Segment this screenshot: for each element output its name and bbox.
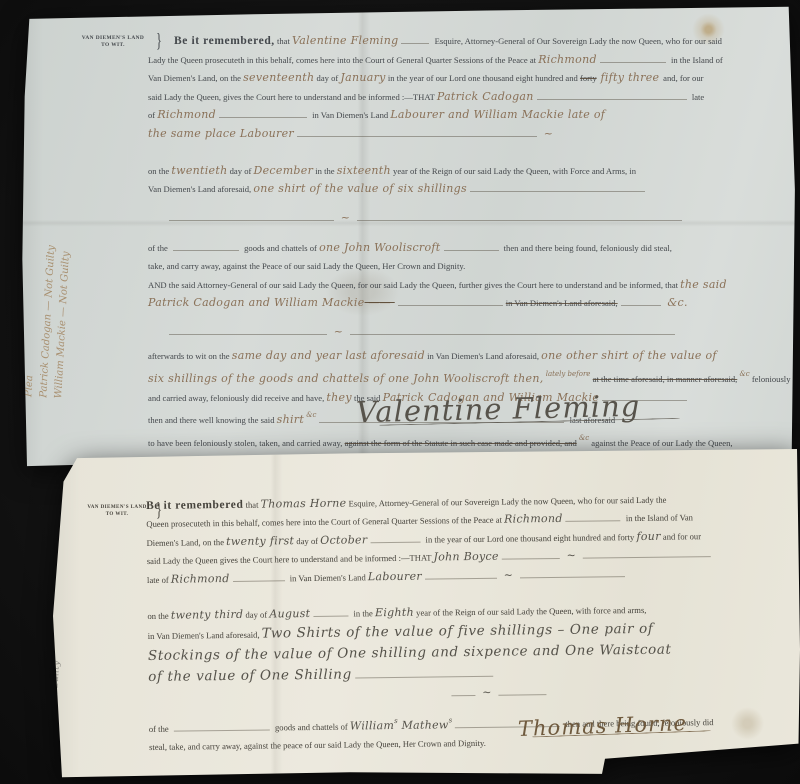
text-line: on the twentieth day of December in the … xyxy=(148,162,800,181)
document-top: Plea Patrick Cadogan — Not Guilty Willia… xyxy=(20,4,798,468)
text-line: of the goods and chattels of one John Wo… xyxy=(148,239,800,258)
text-line: ~ xyxy=(148,323,800,342)
jurisdiction-line: VAN DIEMEN'S LAND xyxy=(80,504,154,511)
doc1-plea-note: Plea Patrick Cadogan — Not Guilty Willia… xyxy=(21,61,84,399)
plea-note-line: Plea not Guilty xyxy=(47,552,67,732)
doc1-jurisdiction-label: VAN DIEMEN'S LAND TO WIT. xyxy=(72,35,154,49)
document-bottom-wrapper: Plea not Guilty VAN DIEMEN'S LAND TO WIT… xyxy=(50,448,800,784)
text-line: six shillings of the goods and chattels … xyxy=(148,366,800,389)
jurisdiction-line: TO WIT. xyxy=(80,511,154,518)
jurisdiction-line: VAN DIEMEN'S LAND xyxy=(72,35,154,42)
text-line: Van Diemen's Land, on the seventeenth da… xyxy=(148,69,800,88)
text-line: Patrick Cadogan and William Mackie —— in… xyxy=(148,294,800,313)
document-top-wrapper: Plea Patrick Cadogan — Not Guilty Willia… xyxy=(20,4,798,468)
text-line: AND the said Attorney-General of our sai… xyxy=(148,276,800,295)
doc2-plea-note: Plea not Guilty xyxy=(47,552,67,732)
doc1-signature: Valentine Fleming xyxy=(356,389,641,429)
text-line: ~ xyxy=(148,209,800,228)
jurisdiction-line: TO WIT. xyxy=(72,42,154,49)
text-line: afterwards to wit on the same day and ye… xyxy=(148,347,800,366)
text-line: Be it remembered, that Valentine Fleming… xyxy=(148,32,800,51)
photo-background: Plea Patrick Cadogan — Not Guilty Willia… xyxy=(0,0,800,784)
doc2-body: Be it remembered that Thomas Horne Esqui… xyxy=(146,489,800,757)
text-line: of Richmond in Van Diemen's Land Laboure… xyxy=(148,106,800,125)
text-line: take, and carry away, against the Peace … xyxy=(148,258,800,276)
text-line: Van Diemen's Land aforesaid, one shirt o… xyxy=(148,180,800,199)
text-line: said Lady the Queen, gives the Court her… xyxy=(148,88,800,107)
text-line: the same place Labourer ~ xyxy=(148,125,800,144)
document-bottom: Plea not Guilty VAN DIEMEN'S LAND TO WIT… xyxy=(50,448,800,784)
text-line: Lady the Queen prosecuteth in this behal… xyxy=(148,51,800,70)
doc2-jurisdiction-label: VAN DIEMEN'S LAND TO WIT. xyxy=(80,504,154,518)
